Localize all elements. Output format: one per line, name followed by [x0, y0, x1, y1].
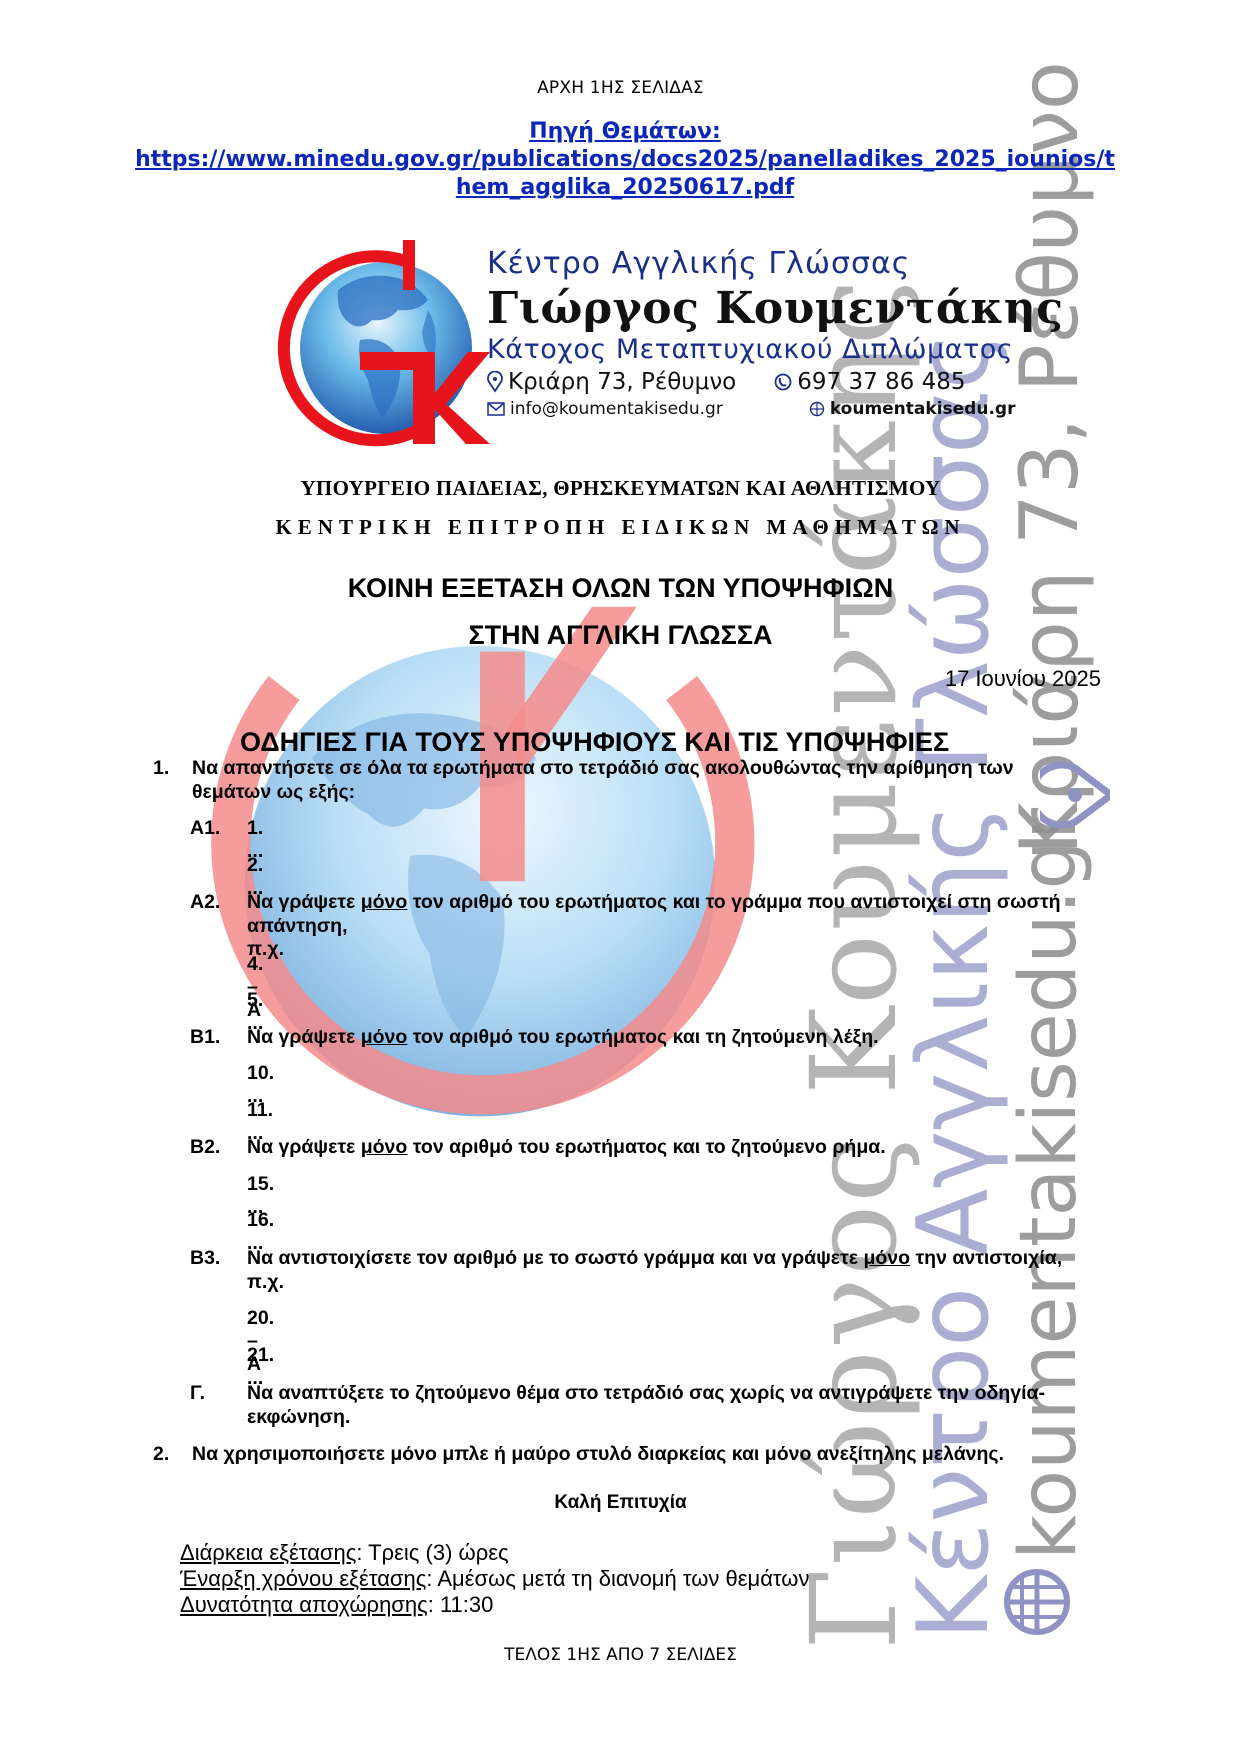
committee-name: ΚΕΝΤΡΙΚΗ ΕΠΙΤΡΟΠΗ ΕΙΔΙΚΩΝ ΜΑΘΗΜΑΤΩΝ — [0, 515, 1241, 540]
source-url-link[interactable]: https://www.minedu.gov.gr/publications/d… — [135, 147, 1115, 172]
source-url-link-continued[interactable]: hem_agglika_20250617.pdf — [456, 175, 794, 200]
emphasis-only: μόνο — [361, 891, 408, 913]
globe-icon — [809, 401, 825, 417]
section-text: Να γράψετε μόνο τον αριθμό του ερωτήματο… — [247, 891, 1061, 914]
credential: Κάτοχος Μεταπτυχιακού Διπλώματος — [487, 334, 1064, 365]
map-pin-icon — [487, 371, 503, 393]
page-footer: ΤΕΛΟΣ 1ΗΣ ΑΠΟ 7 ΣΕΛΙΔΕΣ — [0, 1645, 1241, 1665]
instruction-text-cont: θεμάτων ως εξής: — [192, 781, 355, 804]
envelope-icon — [487, 402, 505, 416]
emphasis-only: μόνο — [863, 1247, 910, 1269]
instructions-heading: ΟΔΗΓΙΕΣ ΓΙΑ ΤΟΥΣ ΥΠΟΨΗΦΙΟΥΣ ΚΑΙ ΤΙΣ ΥΠΟΨ… — [240, 727, 949, 758]
exam-info-duration: Διάρκεια εξέτασης: Τρεις (3) ώρες — [180, 1540, 509, 1566]
exam-info-leave: Δυνατότητα αποχώρησης: 11:30 — [180, 1592, 493, 1618]
exam-date: 17 Ιουνίου 2025 — [945, 666, 1101, 692]
emphasis-only: μόνο — [361, 1136, 408, 1158]
gk-globe-logo — [268, 240, 493, 450]
section-text: Να γράψετε μόνο τον αριθμό του ερωτήματο… — [247, 1136, 886, 1159]
source-block: Πηγή Θεμάτων: https://www.minedu.gov.gr/… — [130, 118, 1120, 202]
exam-title-line1: ΚΟΙΝΗ ΕΞΕΤΑΣΗ ΟΛΩΝ ΤΩΝ ΥΠΟΨΗΦΙΩΝ — [0, 573, 1241, 604]
instruction-text: Να χρησιμοποιήσετε μόνο μπλε ή μαύρο στυ… — [192, 1443, 1004, 1466]
section-label: Β1. — [190, 1026, 220, 1049]
section-text: Να αντιστοιχίσετε τον αριθμό με το σωστό… — [247, 1247, 1062, 1270]
address: Κριάρη 73, Ρέθυμνο — [508, 369, 736, 395]
page-header: ΑΡΧΗ 1ΗΣ ΣΕΛΙΔΑΣ — [0, 78, 1241, 98]
section-label: Β2. — [190, 1136, 220, 1159]
source-label-link[interactable]: Πηγή Θεμάτων: — [529, 119, 721, 144]
section-label: Α2. — [190, 891, 220, 914]
instruction-number: 1. — [153, 757, 169, 780]
emphasis-only: μόνο — [361, 1026, 408, 1048]
section-text-cont: π.χ. — [247, 1271, 284, 1294]
ministry-name: ΥΠΟΥΡΓΕΙΟ ΠΑΙΔΕΙΑΣ, ΘΡΗΣΚΕΥΜΑΤΩΝ ΚΑΙ ΑΘΛ… — [0, 476, 1241, 501]
good-luck: Καλή Επιτυχία — [0, 1492, 1241, 1514]
phone-number: 697 37 86 485 — [797, 369, 965, 395]
owner-name: Γιώργος Κουμεντάκης — [487, 283, 1064, 334]
center-name: Κέντρο Αγγλικής Γλώσσας — [487, 246, 1064, 281]
section-label: Α1. — [190, 817, 220, 840]
exam-title-line2: ΣΤΗΝ ΑΓΓΛΙΚΗ ΓΛΩΣΣΑ — [0, 620, 1241, 651]
section-text: Να αναπτύξετε το ζητούμενο θέμα στο τετρ… — [247, 1382, 1045, 1405]
section-text: Να γράψετε μόνο τον αριθμό του ερωτήματο… — [247, 1026, 879, 1049]
email-link[interactable]: info@koumentakisedu.gr — [510, 399, 723, 419]
brand-block: Κέντρο Αγγλικής Γλώσσας Γιώργος Κουμεντά… — [487, 246, 1064, 419]
exam-info-start: Έναρξη χρόνου εξέτασης: Αμέσως μετά τη δ… — [180, 1566, 810, 1592]
section-label: Γ. — [190, 1382, 205, 1405]
website-link[interactable]: koumentakisedu.gr — [830, 399, 1016, 419]
section-label: Β3. — [190, 1247, 220, 1270]
section-text-cont: εκφώνηση. — [247, 1406, 350, 1429]
phone-icon — [774, 373, 792, 391]
instruction-number: 2. — [153, 1443, 169, 1466]
instruction-text: Να απαντήσετε σε όλα τα ερωτήματα στο τε… — [192, 757, 1014, 780]
